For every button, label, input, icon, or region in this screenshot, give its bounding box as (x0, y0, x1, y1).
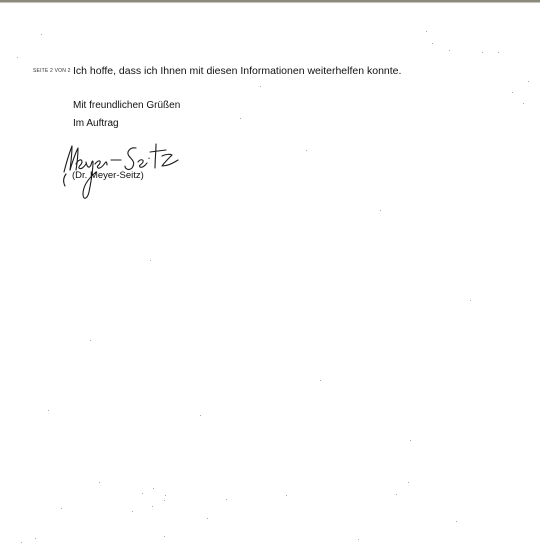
page-number-label: SEITE 2 VON 2 (33, 68, 71, 74)
signature-caption: (Dr. Meyer-Seitz) (72, 170, 144, 181)
closing-salutation: Mit freundlichen Grüßen (73, 100, 180, 111)
body-text: Ich hoffe, dass ich Ihnen mit diesen Inf… (73, 65, 401, 77)
document-page (0, 3, 540, 546)
on-behalf-line: Im Auftrag (73, 118, 119, 129)
